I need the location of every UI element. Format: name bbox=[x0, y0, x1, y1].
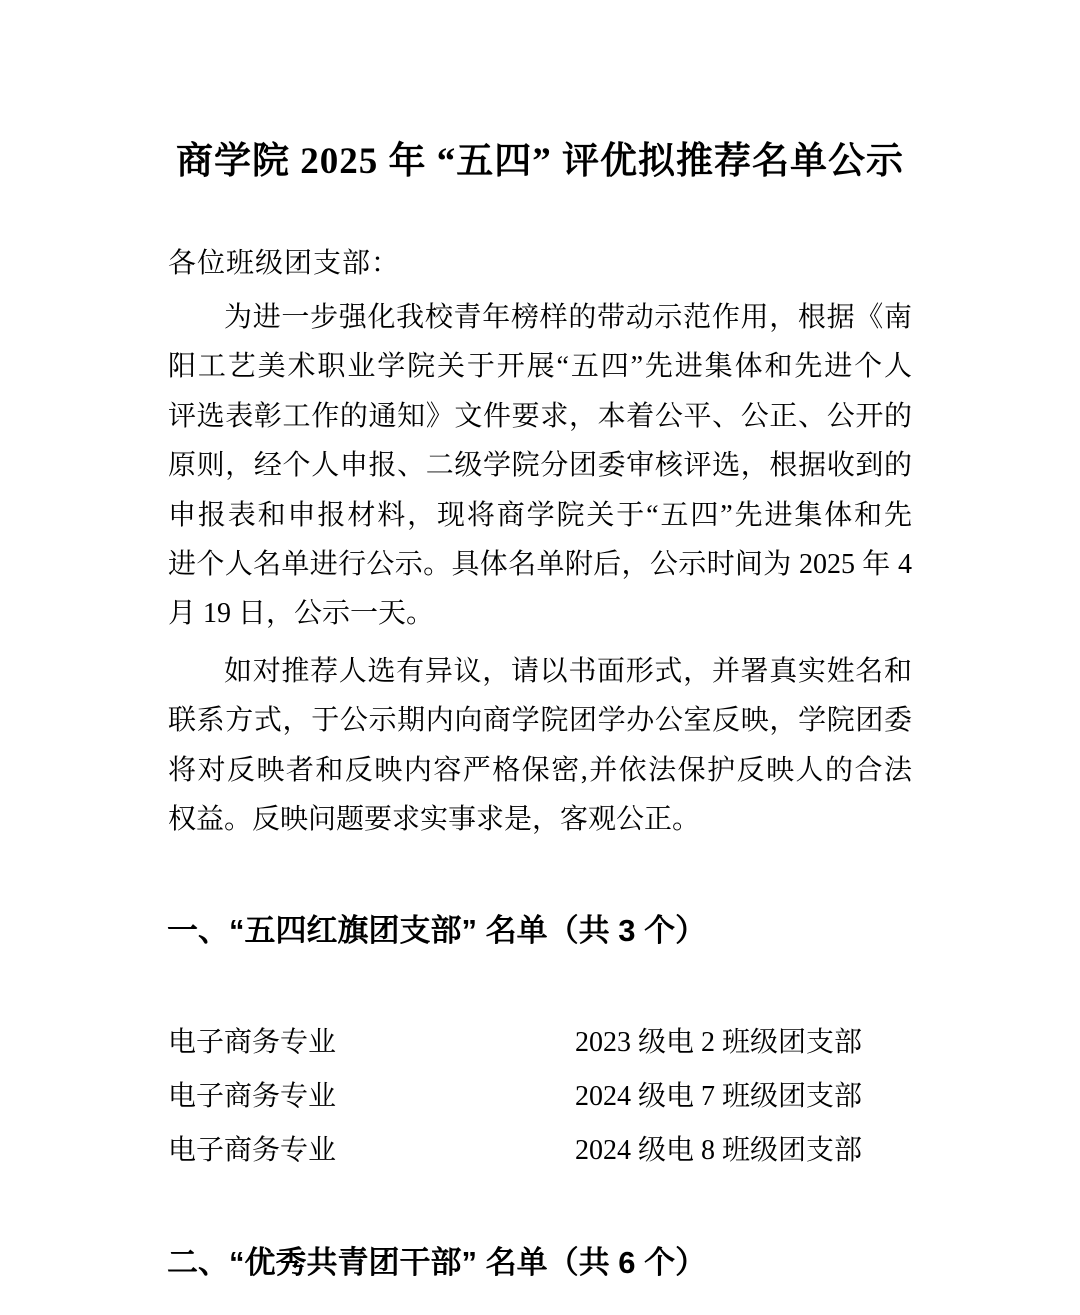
section1-list: 电子商务专业 2023 级电 2 班级团支部 电子商务专业 2024 级电 7 … bbox=[168, 1016, 912, 1178]
branch-name: 2024 级电 8 班级团支部 bbox=[575, 1124, 912, 1178]
paragraph-line: 阳工艺美术职业学院关于开展“五四”先进集体和先进个人 bbox=[168, 342, 912, 391]
section2-heading: 二、“优秀共青团干部” 名单（共 6 个） bbox=[167, 1240, 706, 1286]
announcement-page: 商学院 2025 年 “五四” 评优拟推荐名单公示 各位班级团支部： 为进一步强… bbox=[0, 0, 1080, 1315]
paragraph-line: 月 19 日，公示一天。 bbox=[168, 589, 912, 638]
document-title: 商学院 2025 年 “五四” 评优拟推荐名单公示 bbox=[0, 140, 1080, 184]
paragraph-line: 将对反映者和反映内容严格保密,并依法保护反映人的合法 bbox=[168, 746, 912, 795]
paragraph-line: 评选表彰工作的通知》文件要求，本着公平、公正、公开的 bbox=[168, 392, 912, 441]
list-row: 电子商务专业 2023 级电 2 班级团支部 bbox=[168, 1016, 912, 1070]
branch-name: 2023 级电 2 班级团支部 bbox=[575, 1016, 912, 1070]
branch-name: 2024 级电 7 班级团支部 bbox=[575, 1070, 912, 1124]
paragraph-line: 进个人名单进行公示。具体名单附后，公示时间为 2025 年 4 bbox=[168, 540, 912, 589]
major-name: 电子商务专业 bbox=[168, 1124, 575, 1178]
paragraph-line: 权益。反映问题要求实事求是，客观公正。 bbox=[168, 795, 912, 844]
paragraph-line: 原则，经个人申报、二级学院分团委审核评选，根据收到的 bbox=[168, 441, 912, 490]
paragraph-line: 为进一步强化我校青年榜样的带动示范作用，根据《南 bbox=[168, 293, 912, 342]
list-row: 电子商务专业 2024 级电 7 班级团支部 bbox=[168, 1070, 912, 1124]
paragraph-line: 申报表和申报材料，现将商学院关于“五四”先进集体和先 bbox=[168, 491, 912, 540]
section1-heading: 一、“五四红旗团支部” 名单（共 3 个） bbox=[167, 908, 706, 954]
paragraph-intro: 为进一步强化我校青年榜样的带动示范作用，根据《南 阳工艺美术职业学院关于开展“五… bbox=[168, 293, 912, 639]
major-name: 电子商务专业 bbox=[168, 1070, 575, 1124]
major-name: 电子商务专业 bbox=[168, 1016, 575, 1070]
list-row: 电子商务专业 2024 级电 8 班级团支部 bbox=[168, 1124, 912, 1178]
paragraph-line: 如对推荐人选有异议，请以书面形式，并署真实姓名和 bbox=[168, 647, 912, 696]
salutation-line: 各位班级团支部： bbox=[168, 244, 400, 284]
paragraph-line: 联系方式，于公示期内向商学院团学办公室反映，学院团委 bbox=[168, 696, 912, 745]
paragraph-objection: 如对推荐人选有异议，请以书面形式，并署真实姓名和 联系方式，于公示期内向商学院团… bbox=[168, 647, 912, 845]
